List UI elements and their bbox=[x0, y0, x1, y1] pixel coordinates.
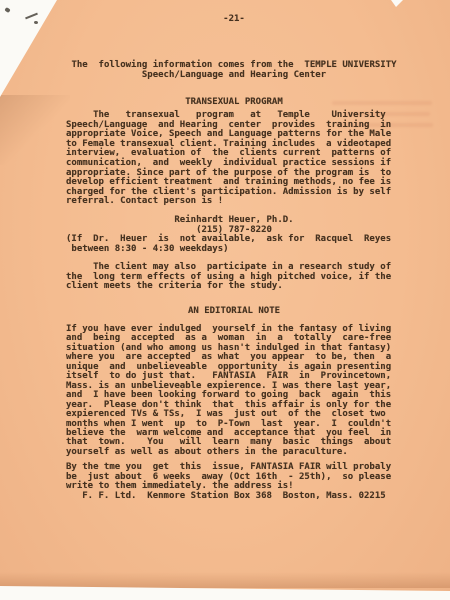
heading-transexual-program: TRANSEXUAL PROGRAM bbox=[18, 98, 450, 108]
scan-speck bbox=[34, 21, 38, 25]
paragraph-research-note: The client may also participate in a res… bbox=[66, 263, 391, 292]
scan-background: -21- The following information comes fro… bbox=[0, 0, 450, 600]
paragraph-closing: By the tme you get this issue, FANTASIA … bbox=[66, 463, 391, 492]
paragraph-program-description: The transexual program at Temple Univers… bbox=[66, 111, 391, 207]
scan-speck bbox=[25, 13, 38, 20]
paper: -21- The following information comes fro… bbox=[0, 0, 450, 600]
paragraph-editorial: If you have ever indulged yourself in th… bbox=[66, 325, 391, 457]
address-line: F. F. Ltd. Kenmore Station Box 368 Bosto… bbox=[66, 492, 386, 502]
contact-availability-note: (If Dr. Heuer is not available, ask for … bbox=[66, 235, 391, 254]
heading-editorial-note: AN EDITORIAL NOTE bbox=[18, 307, 450, 317]
page-number: -21- bbox=[18, 15, 450, 25]
scan-speck bbox=[4, 7, 10, 13]
intro-note: The following information comes from the… bbox=[18, 61, 450, 80]
